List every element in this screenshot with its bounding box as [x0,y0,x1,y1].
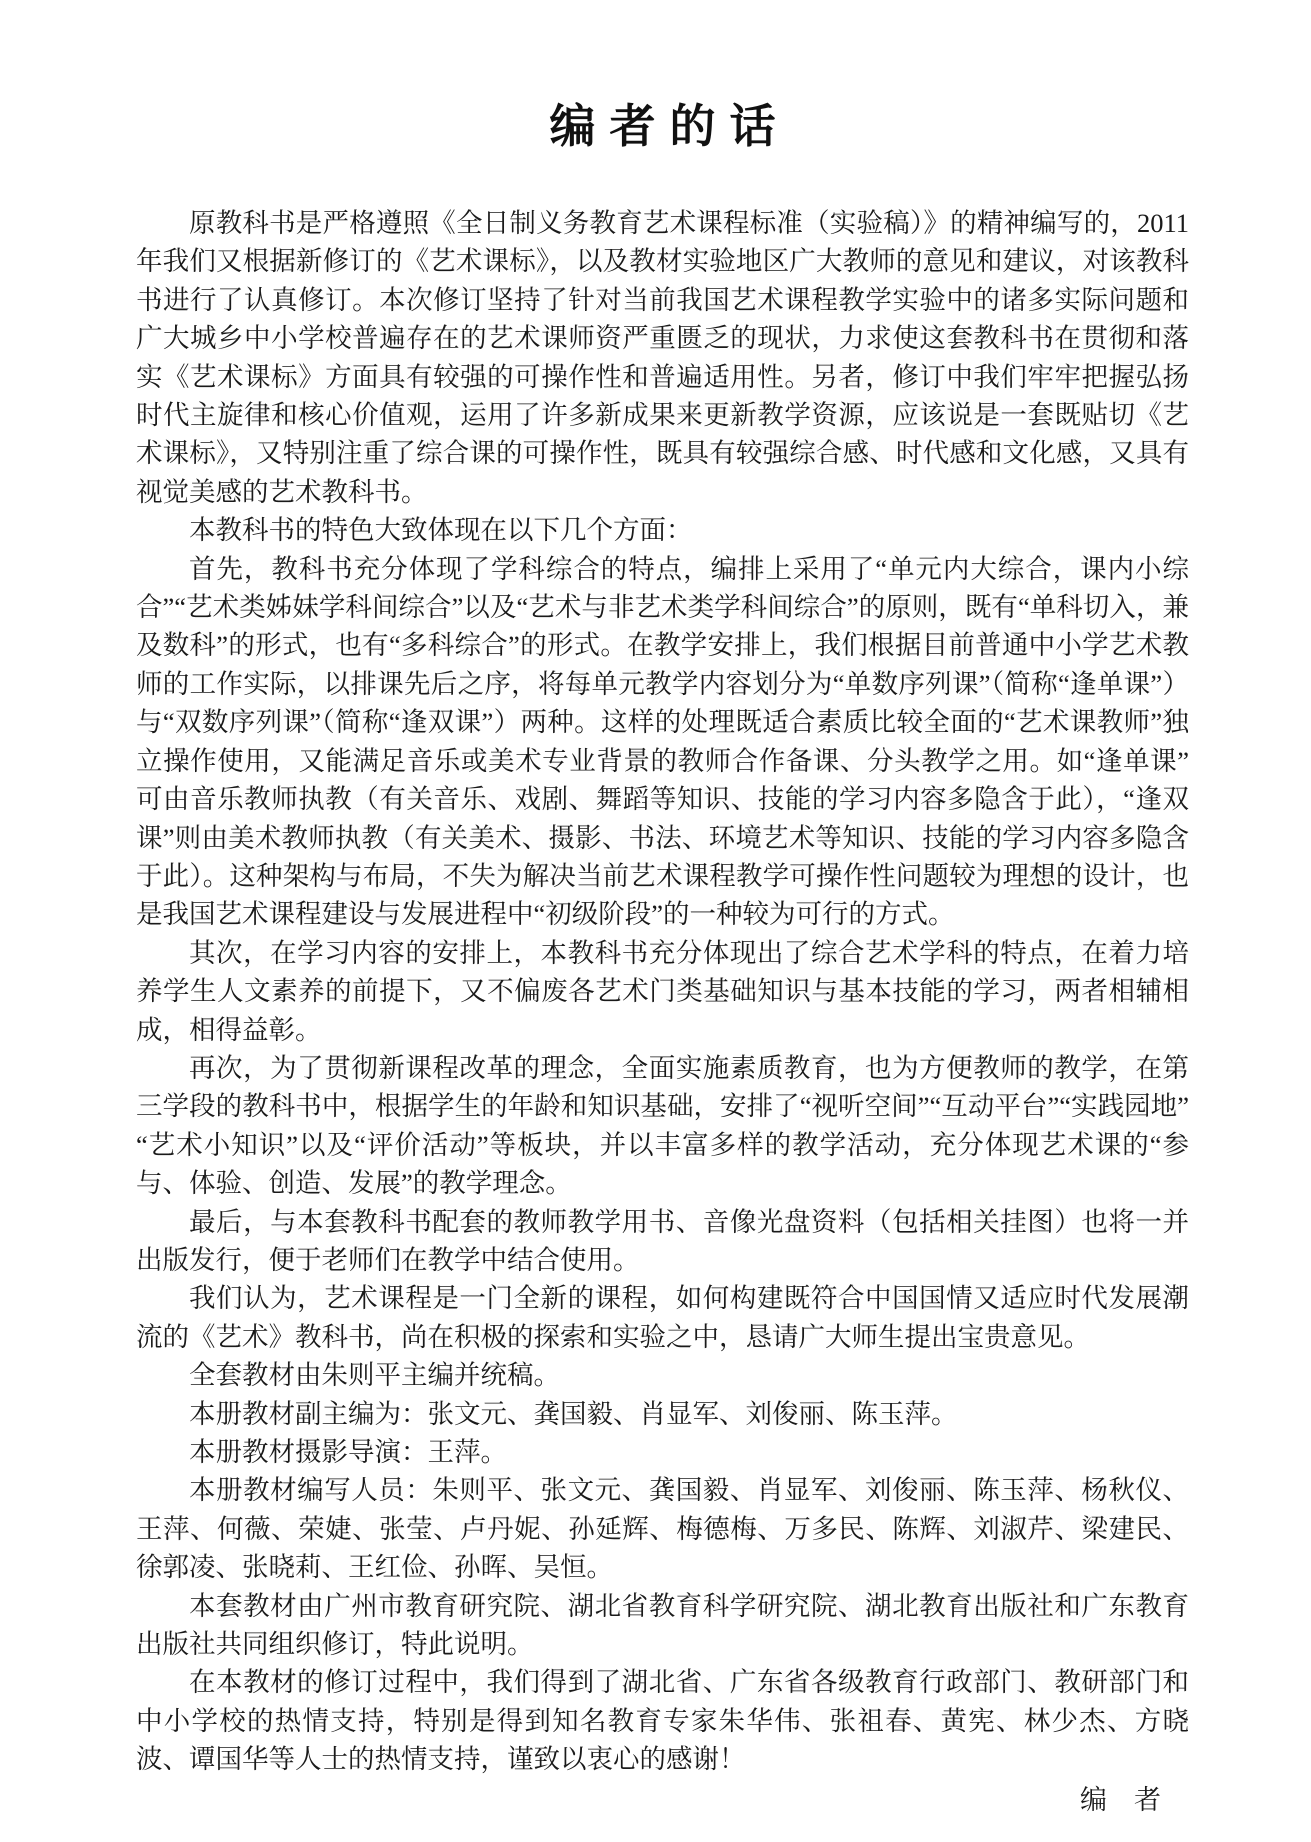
paragraph-organizers: 本套教材由广州市教育研究院、湖北省教育科学研究院、湖北教育出版社和广东教育出版社… [136,1587,1189,1664]
paragraph-intro: 原教科书是严格遵照《全日制义务教育艺术课程标准（实验稿）》的精神编写的，2011… [136,204,1189,511]
paragraph-acknowledgements: 在本教材的修订过程中，我们得到了湖北省、广东省各级教育行政部门、教研部门和中小学… [136,1663,1189,1778]
body-text: 原教科书是严格遵照《全日制义务教育艺术课程标准（实验稿）》的精神编写的，2011… [136,204,1189,1779]
paragraph-deputy-editors: 本册教材副主编为：张文元、龚国毅、肖显军、刘俊丽、陈玉萍。 [136,1395,1189,1433]
page-title: 编者的话 [136,96,1189,156]
paragraph-writers: 本册教材编写人员：朱则平、张文元、龚国毅、肖显军、刘俊丽、陈玉萍、杨秋仪、王萍、… [136,1471,1189,1586]
paragraph-first-point: 首先，教科书充分体现了学科综合的特点，编排上采用了“单元内大综合，课内小综合”“… [136,550,1189,934]
editor-signature: 编 者 [136,1781,1189,1819]
paragraph-photo-director: 本册教材摄影导演：王萍。 [136,1433,1189,1471]
paragraph-second-point: 其次，在学习内容的安排上，本教科书充分体现出了综合艺术学科的特点，在着力培养学生… [136,934,1189,1049]
paragraph-features-lead: 本教科书的特色大致体现在以下几个方面： [136,511,1189,549]
paragraph-third-point: 再次，为了贯彻新课程改革的理念，全面实施素质教育，也为方便教师的教学，在第三学段… [136,1049,1189,1203]
paragraph-feedback-request: 我们认为，艺术课程是一门全新的课程，如何构建既符合中国国情又适应时代发展潮流的《… [136,1279,1189,1356]
document-page: 编者的话 原教科书是严格遵照《全日制义务教育艺术课程标准（实验稿）》的精神编写的… [0,0,1311,1842]
paragraph-final-point: 最后，与本套教科书配套的教师教学用书、音像光盘资料（包括相关挂图）也将一并出版发… [136,1203,1189,1280]
paragraph-chief-editor: 全套教材由朱则平主编并统稿。 [136,1356,1189,1394]
